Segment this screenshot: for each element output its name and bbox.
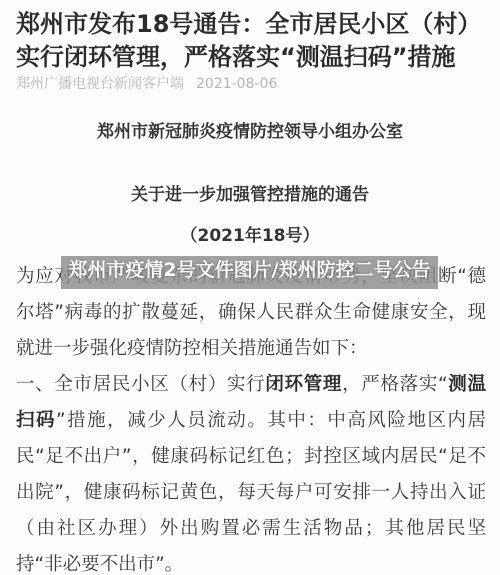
notice-paragraph-item-1: 一、全市居民小区（村）实行闭环管理，严格落实“测温扫码”措施，减少人员流动。其中… [16, 367, 486, 575]
article-date: 2021-08-06 [196, 76, 277, 92]
article-headline: 郑州市发布18号通告：全市居民小区（村）实行闭环管理，严格落实“测温扫码”措施 [16, 8, 486, 74]
notice-title: 关于进一步加强管控措施的通告 [0, 183, 500, 207]
paragraph-text: ，严格落实“ [342, 374, 448, 395]
article-source: 郑州广播电视台新闻客户端 [16, 76, 184, 92]
caption-overlay-text: 郑州市疫情2号文件图片/郑州防控二号公告 [61, 256, 438, 281]
paragraph-text: ”措施，减少人员流动。其中：中高风险地区内居民“足不出户”，健康码标记红色；封控… [16, 410, 486, 575]
article-meta: 郑州广播电视台新闻客户端2021-08-06 [16, 74, 277, 94]
notice-number: （2021年18号） [0, 224, 500, 248]
paragraph-text: 一、全市居民小区（村）实行 [16, 374, 265, 395]
document-page: 郑州市发布18号通告：全市居民小区（村）实行闭环管理，严格落实“测温扫码”措施 … [0, 0, 500, 575]
emphasis-text: 闭环管理 [265, 374, 342, 395]
notice-issuer: 郑州市新冠肺炎疫情防控领导小组办公室 [0, 120, 500, 144]
notice-body: 为应对我市严峻复杂的新冠肺炎疫情形势，坚决阻断“德尔塔”病毒的扩散蔓延，确保人民… [16, 259, 486, 575]
